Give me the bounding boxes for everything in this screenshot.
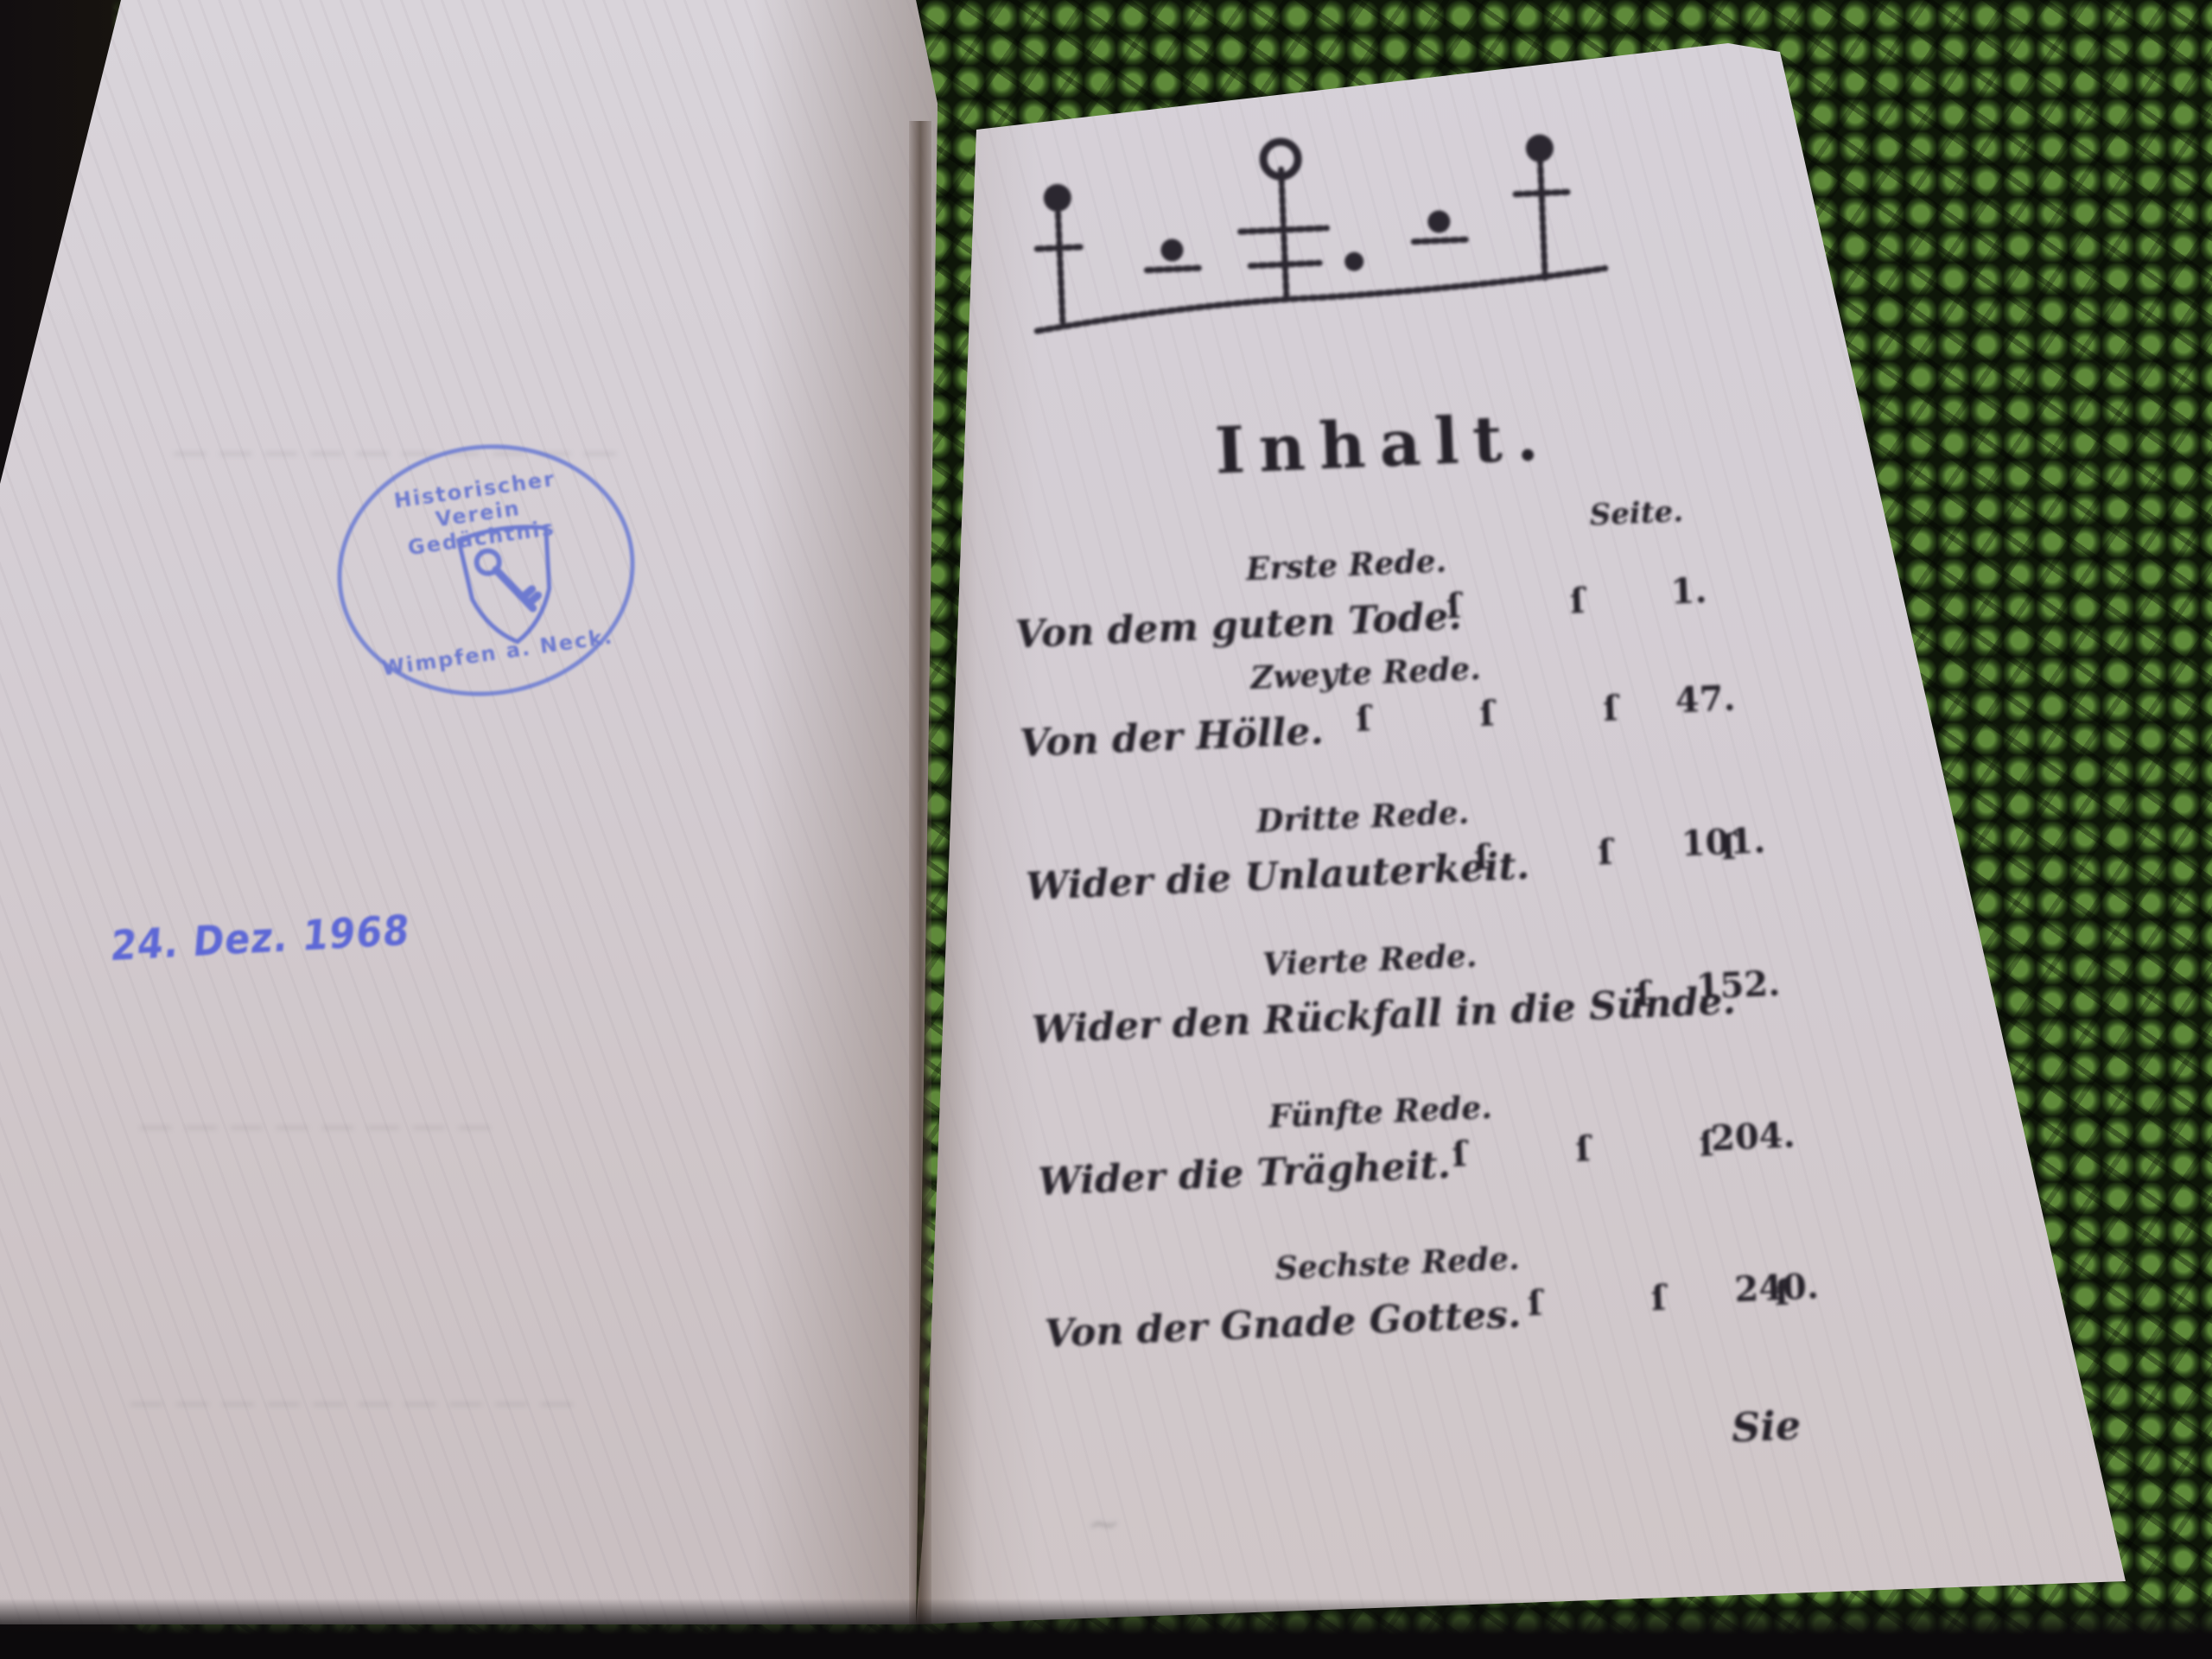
toc-entry-title: Wider die Unlauterkeit. [1025, 844, 1530, 909]
toc-leaders: ſ ſ [1446, 579, 1634, 627]
left-page [0, 0, 942, 1624]
toc-section-label: Dritte Rede. [1255, 795, 1470, 840]
table-shadow [0, 1599, 2212, 1659]
toc-entry-title: Wider den Rückfall in die Sünde. [1031, 979, 1737, 1052]
toc-entry-title: Von der Hölle. [1019, 709, 1325, 766]
faint-pencil-mark: ~ [1086, 1499, 1122, 1548]
toc-page-number: 47. [1675, 678, 1737, 721]
toc-entries: Erste Rede. Von dem guten Tode. ſ ſ 1. Z… [1011, 492, 1878, 1438]
toc-section-label: Erste Rede. [1245, 543, 1447, 588]
book-gutter [909, 121, 931, 1624]
photo-scene: — — — — — — — — — — — — — — — — — — — — … [0, 0, 2212, 1659]
toc-leaders: ſ ſ ſ [1355, 686, 1667, 740]
show-through-text: — — — — — — — — [138, 1106, 492, 1146]
toc-entry-title: Von der Gnade Gottes. [1044, 1293, 1522, 1357]
toc-page-number: 101. [1681, 820, 1766, 864]
toc-page-number: 204. [1710, 1115, 1796, 1159]
toc-section-label: Vierte Rede. [1262, 938, 1478, 982]
toc-entry-title: Von dem guten Tode. [1014, 594, 1463, 658]
toc-page-number: 152. [1695, 963, 1781, 1007]
toc-title: Inhalt. [1213, 400, 1553, 488]
floral-vignette-icon [1020, 121, 1616, 344]
catchword: Sie [1731, 1402, 1802, 1451]
toc-page-number: 240. [1733, 1266, 1819, 1310]
show-through-text: — — — — — — — — — — [130, 1382, 574, 1422]
toc-page-number: 1. [1670, 570, 1708, 613]
toc-entry-title: Wider die Trägheit. [1037, 1143, 1451, 1205]
toc-leaders: ſ [1635, 972, 1700, 1015]
